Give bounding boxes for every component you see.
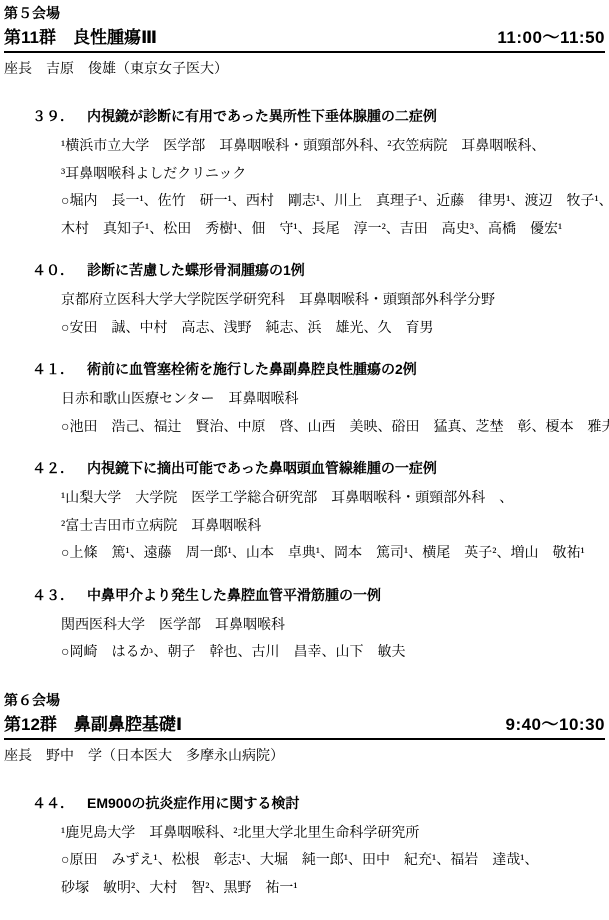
presentation-details: ¹横浜市立大学 医学部 耳鼻咽喉科・頭頸部外科、²衣笠病院 耳鼻咽喉科、³耳鼻咽… [4,133,605,243]
presentation-title: 術前に血管塞栓術を施行した鼻副鼻腔良性腫瘍の2例 [87,360,417,378]
program-page: 第５会場 第11群 良性腫瘍Ⅲ 11:00～11:50 座長 吉原 俊雄（東京女… [4,4,605,902]
presentation-title: EM900の抗炎症作用に関する検討 [87,794,299,812]
presentation-item: ４１． 術前に血管塞栓術を施行した鼻副鼻腔良性腫瘍の2例 日赤和歌山医療センター… [4,360,605,441]
presentation-heading: ４０． 診断に苦慮した蝶形骨洞腫瘍の1例 [4,261,605,279]
presentation-list: ４４． EM900の抗炎症作用に関する検討 ¹鹿児島大学 耳鼻咽喉科、²北里大学… [4,794,605,903]
affiliation-line: ³耳鼻咽喉科よしだクリニック [61,161,605,189]
presentation-title: 診断に苦慮した蝶形骨洞腫瘍の1例 [87,261,305,279]
chair-line: 座長 吉原 俊雄（東京女子医大） [4,59,605,77]
author-line: ○安田 誠、中村 高志、浅野 純志、浜 雄光、久 育男 [61,315,605,343]
venue-heading: 第５会場 [4,4,605,22]
presentation-number: ４０． [32,261,87,279]
presentation-heading: ４２． 内視鏡下に摘出可能であった鼻咽頭血管線維腫の一症例 [4,459,605,477]
affiliation-line: 関西医科大学 医学部 耳鼻咽喉科 [61,612,605,640]
session-group-title: 第11群 良性腫瘍Ⅲ [4,28,157,48]
affiliation-line: ¹山梨大学 大学院 医学工学総合研究部 耳鼻咽喉科・頭頸部外科 、 [61,485,605,513]
presentation-number: ４２． [32,459,87,477]
session-block: 第５会場 第11群 良性腫瘍Ⅲ 11:00～11:50 座長 吉原 俊雄（東京女… [4,4,605,667]
author-line: ○岡崎 はるか、朝子 幹也、古川 昌幸、山下 敏夫 [61,639,605,667]
presentation-title: 中鼻甲介より発生した鼻腔血管平滑筋腫の一例 [87,586,381,604]
chair-line: 座長 野中 学（日本医大 多摩永山病院） [4,746,605,764]
presentation-item: ４２． 内視鏡下に摘出可能であった鼻咽頭血管線維腫の一症例 ¹山梨大学 大学院 … [4,459,605,568]
affiliation-line: ¹横浜市立大学 医学部 耳鼻咽喉科・頭頸部外科、²衣笠病院 耳鼻咽喉科、 [61,133,605,161]
presentation-heading: ４１． 術前に血管塞栓術を施行した鼻副鼻腔良性腫瘍の2例 [4,360,605,378]
presentation-details: ¹山梨大学 大学院 医学工学総合研究部 耳鼻咽喉科・頭頸部外科 、²富士吉田市立… [4,485,605,568]
affiliation-line: ²富士吉田市立病院 耳鼻咽喉科 [61,513,605,541]
presentation-heading: ４４． EM900の抗炎症作用に関する検討 [4,794,605,812]
presentation-details: 関西医科大学 医学部 耳鼻咽喉科○岡崎 はるか、朝子 幹也、古川 昌幸、山下 敏… [4,612,605,667]
presentation-number: ４１． [32,360,87,378]
presentation-number: ３９． [32,107,87,125]
author-line: ○池田 浩己、福辻 賢治、中原 啓、山西 美映、硲田 猛真、芝埜 彰、榎本 雅夫 [61,414,605,442]
session-time: 9:40～10:30 [505,715,605,735]
presentation-item: ４０． 診断に苦慮した蝶形骨洞腫瘍の1例 京都府立医科大学大学院医学研究科 耳鼻… [4,261,605,342]
presentation-heading: ４３． 中鼻甲介より発生した鼻腔血管平滑筋腫の一例 [4,586,605,604]
presentation-title: 内視鏡が診断に有用であった異所性下垂体腺腫の二症例 [87,107,437,125]
author-line: ○堀内 長一¹、佐竹 研一¹、西村 剛志¹、川上 真理子¹、近藤 律男¹、渡辺 … [61,188,605,216]
author-line: ○上條 篤¹、遠藤 周一郎¹、山本 卓典¹、岡本 篤司¹、横尾 英子²、増山 敬… [61,540,605,568]
author-line: 木村 真知子¹、松田 秀樹¹、佃 守¹、長尾 淳一²、吉田 高史³、高橋 優宏¹ [61,216,605,244]
affiliation-line: ¹鹿児島大学 耳鼻咽喉科、²北里大学北里生命科学研究所 [61,820,605,848]
presentation-details: 日赤和歌山医療センター 耳鼻咽喉科○池田 浩己、福辻 賢治、中原 啓、山西 美映… [4,386,605,441]
presentation-details: 京都府立医科大学大学院医学研究科 耳鼻咽喉科・頭頸部外科学分野○安田 誠、中村 … [4,287,605,342]
affiliation-line: 京都府立医科大学大学院医学研究科 耳鼻咽喉科・頭頸部外科学分野 [61,287,605,315]
session-header: 第12群 鼻副鼻腔基礎Ⅰ 9:40～10:30 [4,715,605,740]
session-block: 第６会場 第12群 鼻副鼻腔基礎Ⅰ 9:40～10:30 座長 野中 学（日本医… [4,691,605,903]
presentation-title: 内視鏡下に摘出可能であった鼻咽頭血管線維腫の一症例 [87,459,437,477]
presentation-number: ４３． [32,586,87,604]
author-line: 砂塚 敏明²、大村 智²、黒野 祐一¹ [61,875,605,903]
presentation-item: ４３． 中鼻甲介より発生した鼻腔血管平滑筋腫の一例 関西医科大学 医学部 耳鼻咽… [4,586,605,667]
venue-heading: 第６会場 [4,691,605,709]
presentation-heading: ３９． 内視鏡が診断に有用であった異所性下垂体腺腫の二症例 [4,107,605,125]
presentation-item: ４４． EM900の抗炎症作用に関する検討 ¹鹿児島大学 耳鼻咽喉科、²北里大学… [4,794,605,903]
presentation-list: ３９． 内視鏡が診断に有用であった異所性下垂体腺腫の二症例 ¹横浜市立大学 医学… [4,107,605,667]
session-group-title: 第12群 鼻副鼻腔基礎Ⅰ [4,715,182,735]
session-time: 11:00～11:50 [497,28,605,48]
presentation-item: ３９． 内視鏡が診断に有用であった異所性下垂体腺腫の二症例 ¹横浜市立大学 医学… [4,107,605,243]
author-line: ○原田 みずえ¹、松根 彰志¹、大堀 純一郎¹、田中 紀充¹、福岩 達哉¹、 [61,847,605,875]
affiliation-line: 日赤和歌山医療センター 耳鼻咽喉科 [61,386,605,414]
session-header: 第11群 良性腫瘍Ⅲ 11:00～11:50 [4,28,605,53]
presentation-details: ¹鹿児島大学 耳鼻咽喉科、²北里大学北里生命科学研究所○原田 みずえ¹、松根 彰… [4,820,605,903]
presentation-number: ４４． [32,794,87,812]
